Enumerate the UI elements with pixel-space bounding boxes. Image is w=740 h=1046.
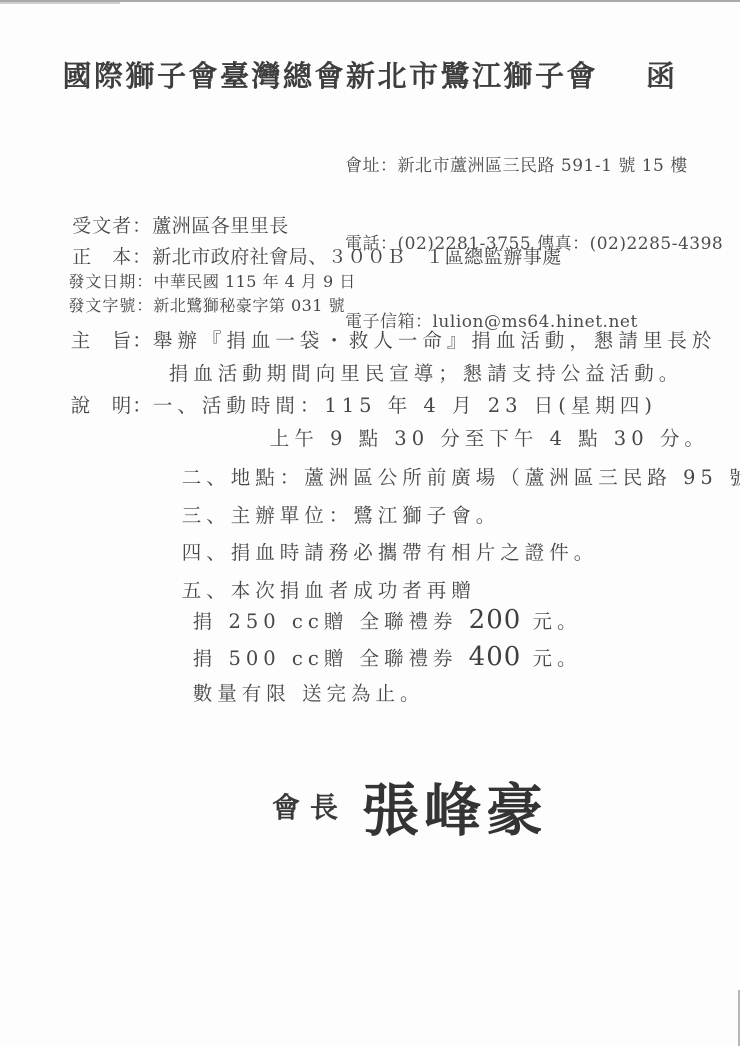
reward-note: 數量有限 送完為止。 bbox=[148, 655, 425, 729]
description-label: 說 明： bbox=[71, 394, 153, 417]
letter-title: 國際獅子會臺灣總會新北市鷺江獅子會 函 bbox=[0, 54, 740, 95]
signer-title: 會長 bbox=[272, 786, 348, 826]
signature-block: 會長 張峰豪 bbox=[272, 760, 548, 852]
scan-edge-top-left bbox=[0, 2, 120, 4]
scanned-letter-page: 國際獅子會臺灣總會新北市鷺江獅子會 函 會址：新北市蘆洲區三民路 591-1 號… bbox=[0, 0, 740, 1046]
document-type: 函 bbox=[646, 54, 678, 95]
contact-address: 會址：新北市蘆洲區三民路 591-1 號 15 樓 bbox=[345, 153, 723, 179]
reward-2-suffix: 元。 bbox=[521, 647, 581, 670]
organization-name: 國際獅子會臺灣總會新北市鷺江獅子會 bbox=[62, 54, 598, 95]
signer-name-handwritten: 張峰豪 bbox=[362, 765, 548, 847]
reward-2-amount: 400 bbox=[469, 642, 522, 672]
reward-note-text: 數量有限 送完為止。 bbox=[193, 682, 425, 705]
